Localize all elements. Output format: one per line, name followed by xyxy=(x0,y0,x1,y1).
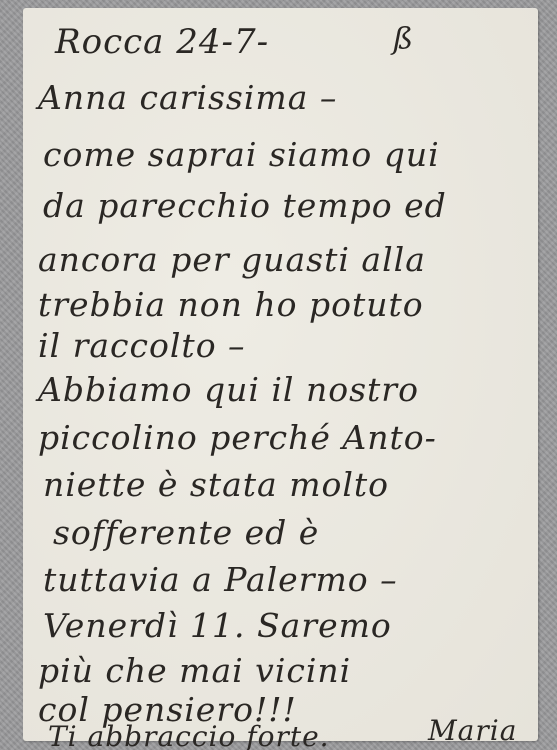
letter-card: Rocca 24-7- ß Anna carissima – come sapr… xyxy=(23,8,538,741)
letter-line: ancora per guasti alla xyxy=(38,240,426,279)
letter-line: niette è stata molto xyxy=(43,465,389,504)
letter-signature: Maria xyxy=(428,714,517,747)
letter-closing: Ti abbraccio forte. xyxy=(48,720,330,750)
letter-line: da parecchio tempo ed xyxy=(43,186,447,225)
letter-line: trebbia non ho potuto xyxy=(38,285,424,324)
letter-place-date: Rocca 24-7- xyxy=(55,22,269,62)
letter-line: Venerdì 11. Saremo xyxy=(43,606,392,645)
letter-line: più che mai vicini xyxy=(38,651,351,690)
letter-line: come saprai siamo qui xyxy=(43,135,440,174)
letter-line: tuttavia a Palermo – xyxy=(43,560,398,599)
letter-mark: ß xyxy=(393,22,414,57)
letter-line: il raccolto – xyxy=(38,326,246,365)
letter-line: sofferente ed è xyxy=(53,513,319,552)
letter-salutation: Anna carissima – xyxy=(38,78,337,117)
letter-line: piccolino perché Anto- xyxy=(38,418,437,457)
letter-line: Abbiamo qui il nostro xyxy=(38,370,419,409)
